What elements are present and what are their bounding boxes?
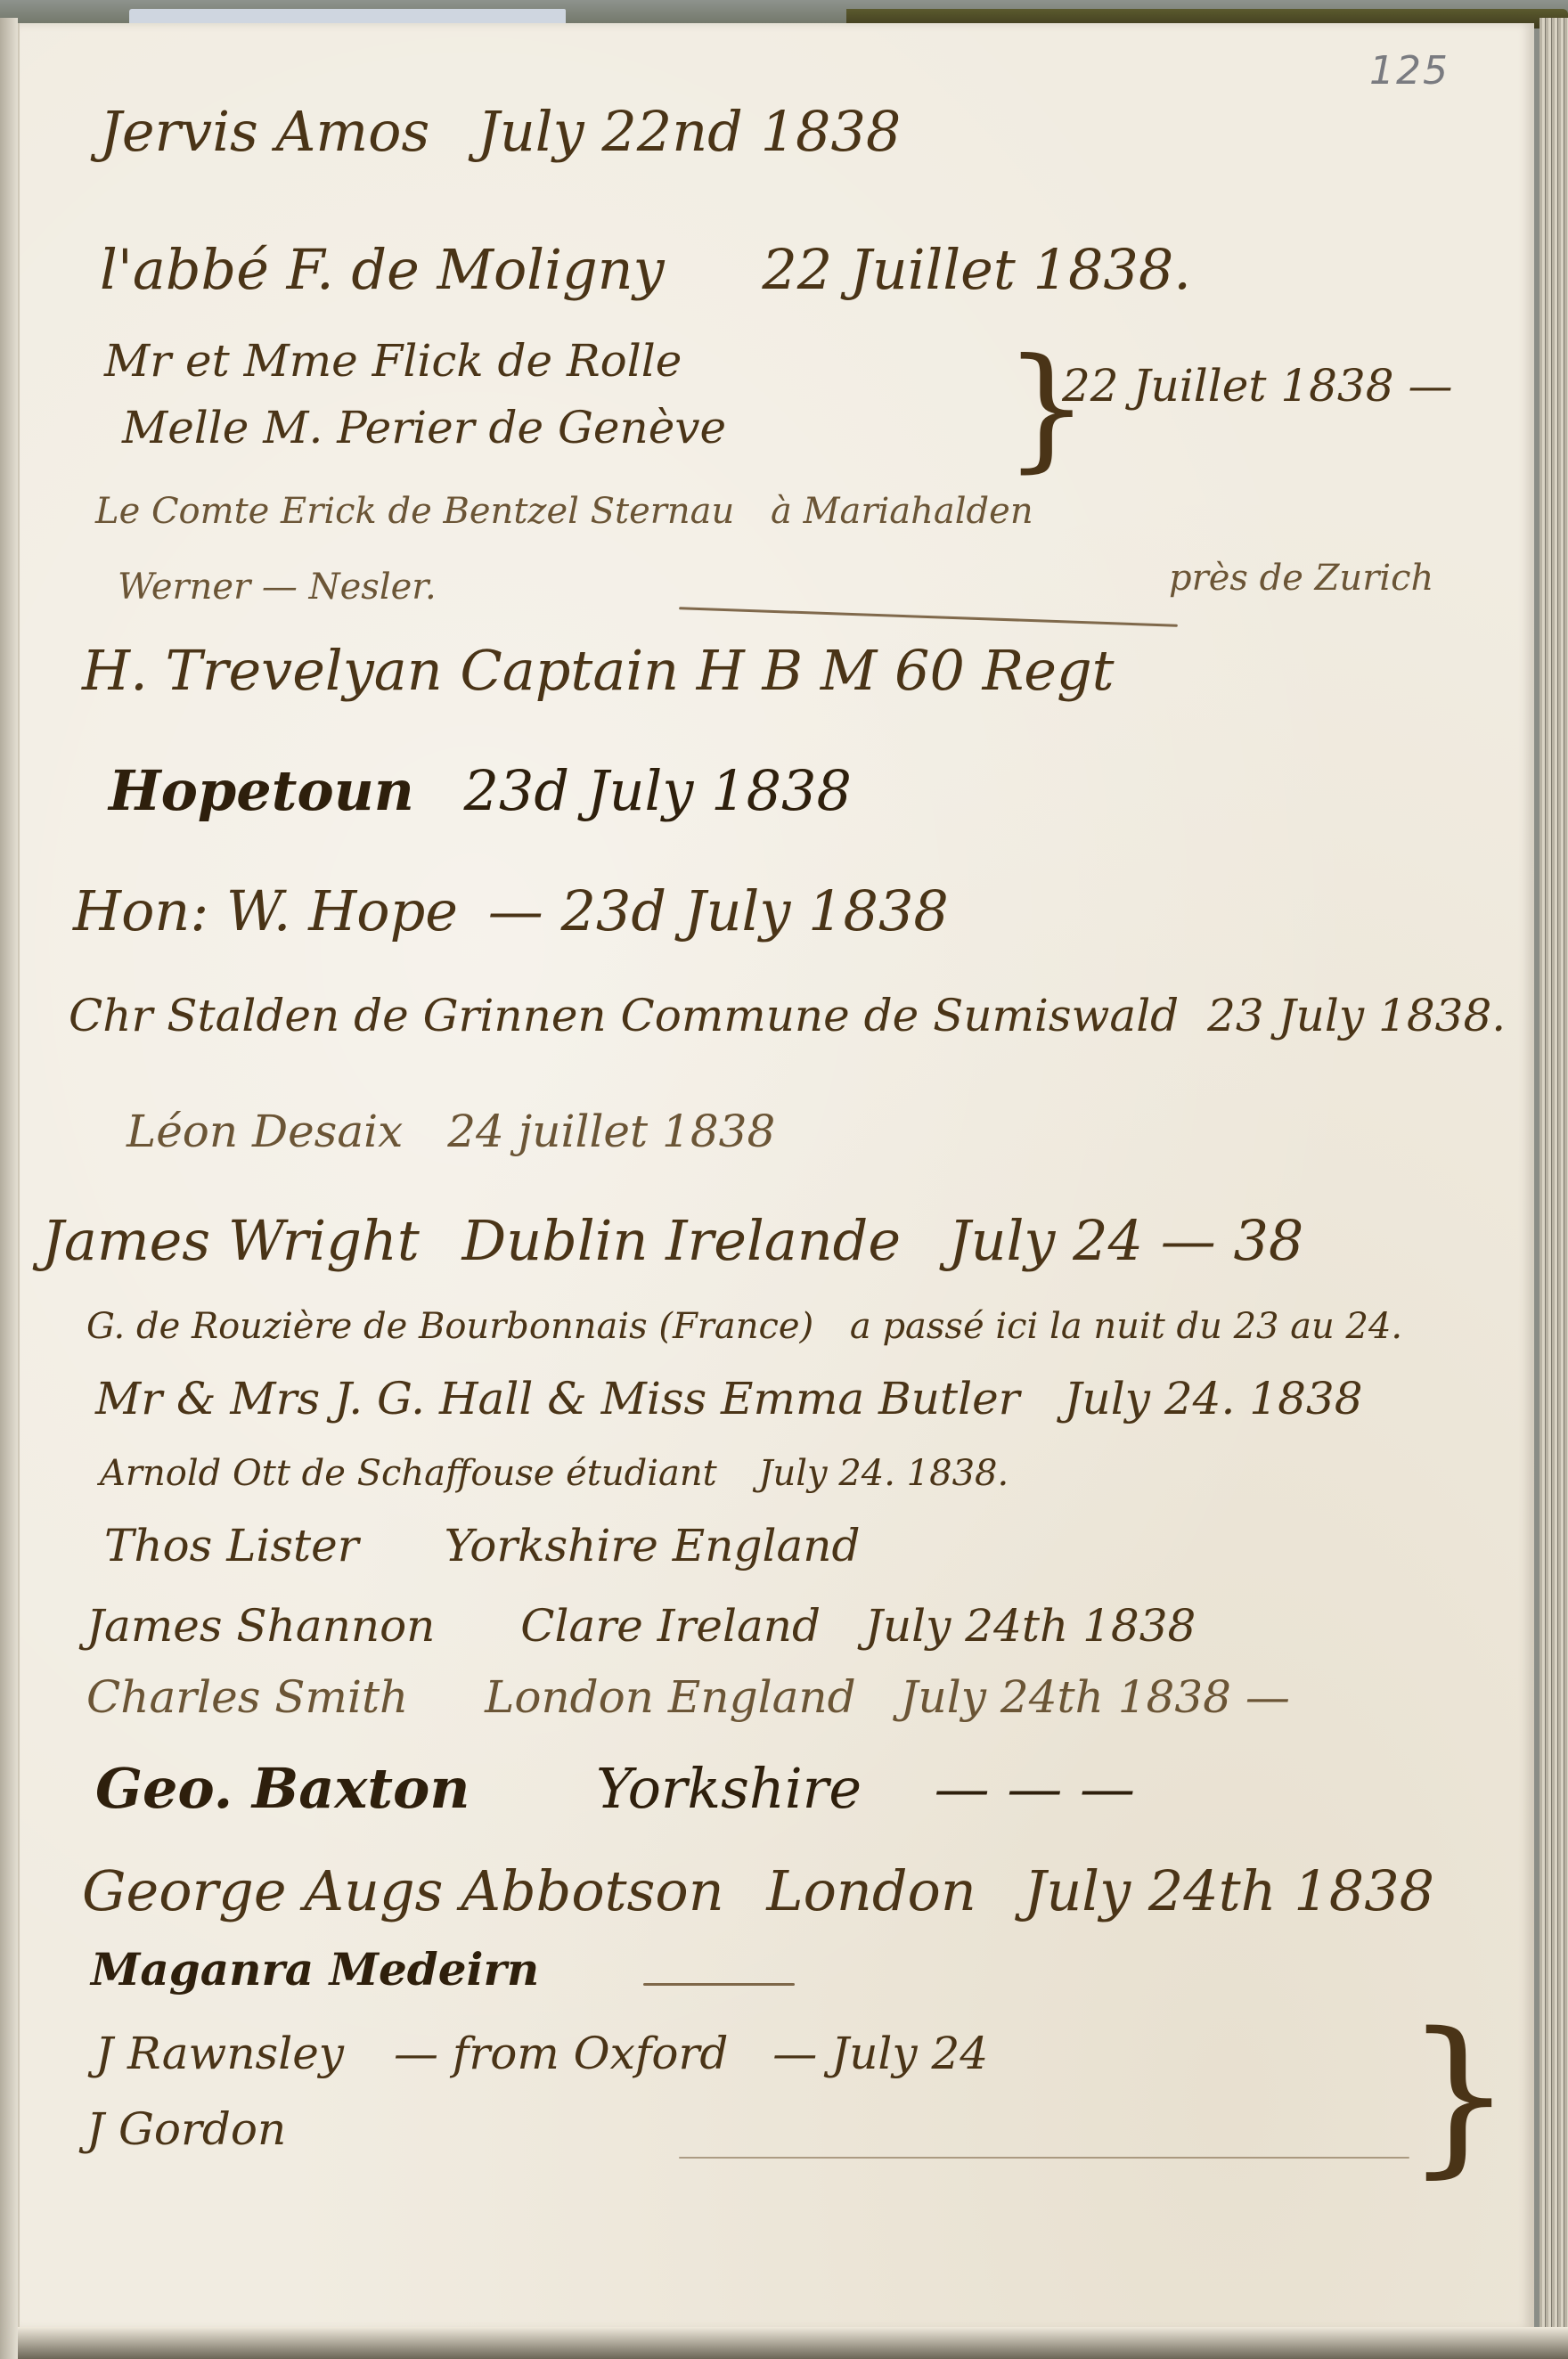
entry-group-date: 22 Juillet 1838 — <box>1062 360 1452 412</box>
entry-place: près de Zurich <box>1169 558 1433 599</box>
entry-6: Werner — Nesler. <box>118 567 437 608</box>
book-bottom-edge <box>18 2327 1568 2359</box>
entry-12: James Wright Dublin Irelande July 24 — 3… <box>42 1208 1303 1273</box>
entry-place: Clare Ireland <box>520 1600 821 1652</box>
entry-name: Le Comte Erick de Bentzel Sternau <box>95 491 734 532</box>
entry-name: Mr et Mme Flick de Rolle <box>104 335 682 387</box>
entry-8: Hopetoun 23d July 1838 <box>109 758 852 823</box>
entry-name: James Shannon <box>86 1600 435 1652</box>
entry-date: July 24th 1838 — <box>901 1671 1290 1723</box>
entry-date: July 24 — 38 <box>949 1208 1304 1273</box>
entry-5: Le Comte Erick de Bentzel Sternau à Mari… <box>95 491 1033 532</box>
entry-15: Arnold Ott de Schaffouse étudiant July 2… <box>100 1453 1009 1494</box>
entry-name: Melle M. Perier de Genève <box>122 402 726 453</box>
ink-rule <box>643 1983 795 1986</box>
entry-place: Yorkshire England <box>445 1520 861 1571</box>
entry-date: — July 24 <box>772 2028 988 2079</box>
entry-name: James Wright <box>42 1208 420 1273</box>
entry-2: l'abbé F. de Moligny 22 Juillet 1838. <box>100 237 1191 302</box>
entry-10: Chr Stalden de Grinnen Commune de Sumisw… <box>69 990 1506 1041</box>
entry-date: July 24. 1838. <box>758 1453 1009 1494</box>
entry-place: London England <box>485 1671 855 1723</box>
entry-11: Léon Desaix 24 juillet 1838 <box>127 1106 775 1157</box>
entry-place: a passé ici la nuit du 23 au 24. <box>850 1306 1402 1347</box>
entry-4: Melle M. Perier de Genève <box>122 402 726 453</box>
entry-name: Thos Lister <box>104 1520 359 1571</box>
entry-name: Chr Stalden de Grinnen Commune de Sumisw… <box>69 990 1179 1041</box>
entry-9: Hon: W. Hope — 23d July 1838 <box>73 878 949 943</box>
entry-place: Yorkshire <box>596 1756 862 1821</box>
entry-place: — from Oxford <box>394 2028 728 2079</box>
entry-name: Charles Smith <box>86 1671 408 1723</box>
entry-19: Geo. Baxton Yorkshire — — — <box>95 1756 1135 1821</box>
entry-14: Mr & Mrs J. G. Hall & Miss Emma Butler J… <box>95 1373 1363 1424</box>
entry-name: Jervis Amos <box>100 99 429 164</box>
entry-name: J Rawnsley <box>95 2028 344 2079</box>
entry-place: Dublin Irelande <box>462 1208 902 1273</box>
page-number: 125 <box>1369 48 1450 94</box>
entry-1: Jervis Amos July 22nd 1838 <box>100 99 901 164</box>
grouping-brace: } <box>1405 1996 1513 2193</box>
entry-date: 23d July 1838 <box>463 758 851 823</box>
entry-18: Charles Smith London England July 24th 1… <box>86 1671 1290 1723</box>
page-gutter <box>0 18 18 2359</box>
entry-place: London <box>766 1858 976 1923</box>
entry-3: Mr et Mme Flick de Rolle <box>104 335 682 387</box>
entry-date: July 24th 1838 <box>865 1600 1196 1652</box>
entry-name: H. Trevelyan Captain H B M 60 Regt <box>82 638 1115 703</box>
entry-name: l'abbé F. de Moligny <box>100 237 665 302</box>
entry-date: — 23d July 1838 <box>488 878 949 943</box>
ink-rule <box>679 607 1178 627</box>
entry-place: à Mariahalden <box>771 491 1033 532</box>
entry-20: George Augs Abbotson London July 24th 18… <box>82 1858 1434 1923</box>
manuscript-page: 125 Jervis Amos July 22nd 1838 l'abbé F.… <box>18 23 1534 2330</box>
ink-rule-dashed <box>679 2157 1409 2159</box>
page-stack-edge <box>1539 18 1568 2359</box>
entry-name: Mr & Mrs J. G. Hall & Miss Emma Butler <box>95 1373 1020 1424</box>
entry-name: Maganra Medeirn <box>91 1943 539 1996</box>
entry-16: Thos Lister Yorkshire England <box>104 1520 860 1571</box>
entry-22: J Rawnsley — from Oxford — July 24 <box>95 2028 988 2079</box>
entry-name: Werner — Nesler. <box>118 567 437 608</box>
entry-date: 23 July 1838. <box>1207 990 1506 1041</box>
entry-name: George Augs Abbotson <box>82 1858 724 1923</box>
entry-date: 22 Juillet 1838 — <box>1062 360 1452 412</box>
entry-date: — — — <box>935 1756 1135 1821</box>
entry-13: G. de Rouzière de Bourbonnais (France) a… <box>86 1306 1402 1347</box>
entry-date: July 24. 1838 <box>1064 1373 1362 1424</box>
entry-name: Hopetoun <box>109 758 414 823</box>
entry-date: July 22nd 1838 <box>478 99 901 164</box>
entry-23: J Gordon <box>86 2103 286 2155</box>
entry-name: Léon Desaix <box>127 1106 403 1157</box>
entry-7: H. Trevelyan Captain H B M 60 Regt <box>82 638 1115 703</box>
entry-21: Maganra Medeirn <box>91 1943 539 1996</box>
entry-name: G. de Rouzière de Bourbonnais (France) <box>86 1306 813 1347</box>
entry-6-place: près de Zurich <box>1169 558 1433 599</box>
entry-name: Arnold Ott de Schaffouse étudiant <box>100 1453 717 1494</box>
entry-date: July 24th 1838 <box>1025 1858 1435 1923</box>
entry-date: 22 Juillet 1838. <box>762 237 1191 302</box>
entry-date: 24 juillet 1838 <box>447 1106 775 1157</box>
entry-name: Geo. Baxton <box>95 1756 470 1821</box>
entry-17: James Shannon Clare Ireland July 24th 18… <box>86 1600 1196 1652</box>
entry-name: J Gordon <box>86 2103 286 2155</box>
entry-name: Hon: W. Hope <box>73 878 458 943</box>
